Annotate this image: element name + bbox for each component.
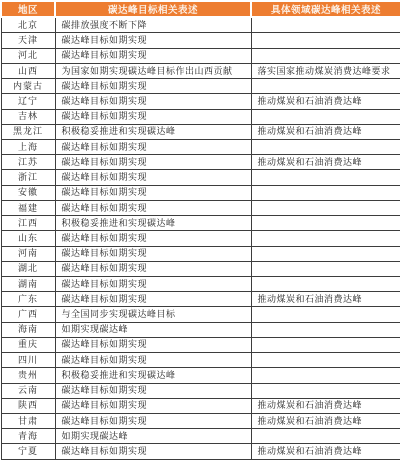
region-cell: 湖北 [1, 261, 55, 276]
target-statement-cell: 碳达峰目标如期实现 [55, 170, 251, 185]
target-statement-cell: 碳达峰目标如期实现 [55, 155, 251, 170]
table-row: 宁夏碳达峰目标如期实现推动煤炭和石油消费达峰 [1, 444, 400, 460]
field-statement-cell [251, 307, 400, 322]
table-row: 广西与全国同步实现碳达峰目标 [1, 307, 400, 322]
region-cell: 山东 [1, 231, 55, 246]
target-statement-cell: 如期实现碳达峰 [55, 429, 251, 444]
target-statement-cell: 碳达峰目标如期实现 [55, 109, 251, 124]
field-statement-cell: 推动煤炭和石油消费达峰 [251, 155, 400, 170]
table-row: 山东碳达峰目标如期实现 [1, 231, 400, 246]
region-cell: 甘肃 [1, 413, 55, 428]
table-row: 安徽碳达峰目标如期实现 [1, 185, 400, 200]
table-row: 吉林碳达峰目标如期实现 [1, 109, 400, 124]
region-cell: 黑龙江 [1, 124, 55, 139]
table-row: 湖北碳达峰目标如期实现 [1, 261, 400, 276]
field-statement-cell [251, 17, 400, 33]
target-statement-cell: 碳达峰目标如期实现 [55, 383, 251, 398]
target-statement-cell: 碳达峰目标如期实现 [55, 276, 251, 291]
field-statement-cell [251, 231, 400, 246]
field-statement-cell [251, 170, 400, 185]
field-statement-cell [251, 276, 400, 291]
table-row: 贵州积极稳妥推进和实现碳达峰 [1, 368, 400, 383]
table-row: 河南碳达峰目标如期实现 [1, 246, 400, 261]
field-statement-cell [251, 383, 400, 398]
field-statement-cell: 落实国家推动煤炭消费达峰要求 [251, 63, 400, 78]
target-statement-cell: 碳达峰目标如期实现 [55, 48, 251, 63]
field-statement-cell [251, 216, 400, 231]
field-statement-cell [251, 48, 400, 63]
region-cell: 福建 [1, 200, 55, 215]
target-statement-cell: 碳达峰目标如期实现 [55, 261, 251, 276]
target-statement-cell: 如期实现碳达峰 [55, 322, 251, 337]
field-statement-cell: 推动煤炭和石油消费达峰 [251, 94, 400, 109]
carbon-peak-table: 地区 碳达峰目标相关表述 具体领域碳达峰相关表述 北京碳排放强度不断下降天津碳达… [0, 0, 400, 460]
region-cell: 海南 [1, 322, 55, 337]
header-field-statement: 具体领域碳达峰相关表述 [251, 1, 400, 17]
table-row: 上海碳达峰目标如期实现 [1, 140, 400, 155]
target-statement-cell: 碳达峰目标如期实现 [55, 79, 251, 94]
table-row: 重庆碳达峰目标如期实现 [1, 337, 400, 352]
table-row: 陕西碳达峰目标如期实现推动煤炭和石油消费达峰 [1, 398, 400, 413]
field-statement-cell [251, 353, 400, 368]
target-statement-cell: 碳达峰目标如期实现 [55, 231, 251, 246]
region-cell: 河北 [1, 48, 55, 63]
target-statement-cell: 为国家如期实现碳达峰目标作出山西贡献 [55, 63, 251, 78]
header-target-statement: 碳达峰目标相关表述 [55, 1, 251, 17]
region-cell: 青海 [1, 429, 55, 444]
target-statement-cell: 碳达峰目标如期实现 [55, 398, 251, 413]
target-statement-cell: 碳排放强度不断下降 [55, 17, 251, 33]
header-row: 地区 碳达峰目标相关表述 具体领域碳达峰相关表述 [1, 1, 400, 17]
region-cell: 辽宁 [1, 94, 55, 109]
region-cell: 湖南 [1, 276, 55, 291]
region-cell: 河南 [1, 246, 55, 261]
target-statement-cell: 碳达峰目标如期实现 [55, 33, 251, 48]
region-cell: 重庆 [1, 337, 55, 352]
region-cell: 内蒙古 [1, 79, 55, 94]
region-cell: 吉林 [1, 109, 55, 124]
target-statement-cell: 碳达峰目标如期实现 [55, 246, 251, 261]
region-cell: 江苏 [1, 155, 55, 170]
field-statement-cell: 推动煤炭和石油消费达峰 [251, 124, 400, 139]
region-cell: 云南 [1, 383, 55, 398]
target-statement-cell: 碳达峰目标如期实现 [55, 413, 251, 428]
table-row: 海南如期实现碳达峰 [1, 322, 400, 337]
table-row: 北京碳排放强度不断下降 [1, 17, 400, 33]
table-row: 江西积极稳妥推进和实现碳达峰 [1, 216, 400, 231]
table-row: 甘肃碳达峰目标如期实现推动煤炭和石油消费达峰 [1, 413, 400, 428]
target-statement-cell: 碳达峰目标如期实现 [55, 337, 251, 352]
field-statement-cell: 推动煤炭和石油消费达峰 [251, 292, 400, 307]
region-cell: 上海 [1, 140, 55, 155]
target-statement-cell: 碳达峰目标如期实现 [55, 353, 251, 368]
field-statement-cell [251, 261, 400, 276]
target-statement-cell: 碳达峰目标如期实现 [55, 292, 251, 307]
field-statement-cell [251, 337, 400, 352]
field-statement-cell: 推动煤炭和石油消费达峰 [251, 444, 400, 460]
target-statement-cell: 积极稳妥推进和实现碳达峰 [55, 216, 251, 231]
target-statement-cell: 积极稳妥推进和实现碳达峰 [55, 124, 251, 139]
field-statement-cell [251, 368, 400, 383]
table-row: 四川碳达峰目标如期实现 [1, 353, 400, 368]
region-cell: 江西 [1, 216, 55, 231]
table-body: 北京碳排放强度不断下降天津碳达峰目标如期实现河北碳达峰目标如期实现山西为国家如期… [1, 17, 400, 460]
table-row: 浙江碳达峰目标如期实现 [1, 170, 400, 185]
field-statement-cell: 推动煤炭和石油消费达峰 [251, 398, 400, 413]
region-cell: 浙江 [1, 170, 55, 185]
table-row: 黑龙江积极稳妥推进和实现碳达峰推动煤炭和石油消费达峰 [1, 124, 400, 139]
table-row: 内蒙古碳达峰目标如期实现 [1, 79, 400, 94]
table-row: 广东碳达峰目标如期实现推动煤炭和石油消费达峰 [1, 292, 400, 307]
region-cell: 天津 [1, 33, 55, 48]
field-statement-cell [251, 140, 400, 155]
region-cell: 广东 [1, 292, 55, 307]
table-row: 辽宁碳达峰目标如期实现推动煤炭和石油消费达峰 [1, 94, 400, 109]
region-cell: 北京 [1, 17, 55, 33]
field-statement-cell [251, 246, 400, 261]
field-statement-cell [251, 79, 400, 94]
table-row: 云南碳达峰目标如期实现 [1, 383, 400, 398]
target-statement-cell: 与全国同步实现碳达峰目标 [55, 307, 251, 322]
region-cell: 山西 [1, 63, 55, 78]
field-statement-cell [251, 322, 400, 337]
table-row: 青海如期实现碳达峰 [1, 429, 400, 444]
target-statement-cell: 积极稳妥推进和实现碳达峰 [55, 368, 251, 383]
table-row: 山西为国家如期实现碳达峰目标作出山西贡献落实国家推动煤炭消费达峰要求 [1, 63, 400, 78]
table-row: 湖南碳达峰目标如期实现 [1, 276, 400, 291]
field-statement-cell [251, 429, 400, 444]
table-row: 天津碳达峰目标如期实现 [1, 33, 400, 48]
target-statement-cell: 碳达峰目标如期实现 [55, 94, 251, 109]
region-cell: 广西 [1, 307, 55, 322]
region-cell: 四川 [1, 353, 55, 368]
table-row: 福建碳达峰目标如期实现 [1, 200, 400, 215]
field-statement-cell [251, 109, 400, 124]
field-statement-cell [251, 33, 400, 48]
region-cell: 贵州 [1, 368, 55, 383]
header-region: 地区 [1, 1, 55, 17]
field-statement-cell: 推动煤炭和石油消费达峰 [251, 413, 400, 428]
table-row: 河北碳达峰目标如期实现 [1, 48, 400, 63]
target-statement-cell: 碳达峰目标如期实现 [55, 444, 251, 460]
target-statement-cell: 碳达峰目标如期实现 [55, 185, 251, 200]
target-statement-cell: 碳达峰目标如期实现 [55, 140, 251, 155]
region-cell: 陕西 [1, 398, 55, 413]
target-statement-cell: 碳达峰目标如期实现 [55, 200, 251, 215]
table-row: 江苏碳达峰目标如期实现推动煤炭和石油消费达峰 [1, 155, 400, 170]
field-statement-cell [251, 200, 400, 215]
field-statement-cell [251, 185, 400, 200]
region-cell: 安徽 [1, 185, 55, 200]
region-cell: 宁夏 [1, 444, 55, 460]
